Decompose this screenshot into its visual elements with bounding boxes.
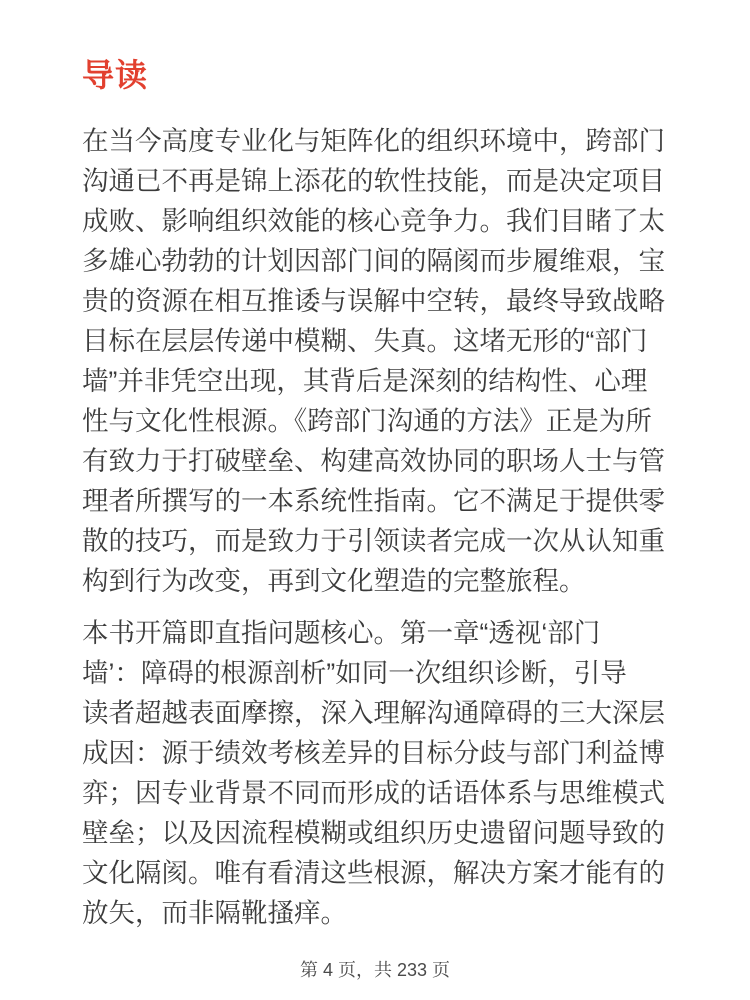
text-line: 墙’：障碍的根源剖析”如同一次组织诊断，引导 (82, 653, 668, 693)
text-line: 读者超越表面摩擦，深入理解沟通障碍的三大深层 (82, 693, 668, 733)
text-line: 墙”并非凭空出现，其背后是深刻的结构性、心理 (82, 361, 668, 401)
text-line: 弈；因专业背景不同而形成的话语体系与思维模式 (82, 773, 668, 813)
page-number-indicator: 第 4 页，共 233 页 (82, 959, 668, 981)
text-line: 沟通已不再是锦上添花的软性技能，而是决定项目 (82, 161, 668, 201)
page-title: 导读 (82, 57, 668, 93)
text-line: 放矢，而非隔靴搔痒。 (82, 893, 668, 933)
text-line: 目标在层层传递中模糊、失真。这堵无形的“部门 (82, 321, 668, 361)
text-line: 文化隔阂。唯有看清这些根源，解决方案才能有的 (82, 853, 668, 893)
text-line: 成败、影响组织效能的核心竞争力。我们目睹了太 (82, 201, 668, 241)
document-page: 导读 在当今高度专业化与矩阵化的组织环境中，跨部门沟通已不再是锦上添花的软性技能… (0, 0, 750, 1000)
text-line: 壁垒；以及因流程模糊或组织历史遗留问题导致的 (82, 813, 668, 853)
text-line: 本书开篇即直指问题核心。第一章“透视‘部门 (82, 613, 668, 653)
text-line: 成因：源于绩效考核差异的目标分歧与部门利益博 (82, 733, 668, 773)
text-line: 多雄心勃勃的计划因部门间的隔阂而步履维艰，宝 (82, 241, 668, 281)
text-line: 贵的资源在相互推诿与误解中空转，最终导致战略 (82, 281, 668, 321)
text-line: 构到行为改变，再到文化塑造的完整旅程。 (82, 561, 668, 601)
text-line: 性与文化性根源。《跨部门沟通的方法》正是为所 (82, 401, 668, 441)
text-line: 有致力于打破壁垒、构建高效协同的职场人士与管 (82, 441, 668, 481)
text-line: 散的技巧，而是致力于引领读者完成一次从认知重 (82, 521, 668, 561)
paragraph-chapter-one: 本书开篇即直指问题核心。第一章“透视‘部门墙’：障碍的根源剖析”如同一次组织诊断… (82, 613, 668, 933)
text-line: 在当今高度专业化与矩阵化的组织环境中，跨部门 (82, 121, 668, 161)
text-line: 理者所撰写的一本系统性指南。它不满足于提供零 (82, 481, 668, 521)
paragraph-intro: 在当今高度专业化与矩阵化的组织环境中，跨部门沟通已不再是锦上添花的软性技能，而是… (82, 121, 668, 601)
